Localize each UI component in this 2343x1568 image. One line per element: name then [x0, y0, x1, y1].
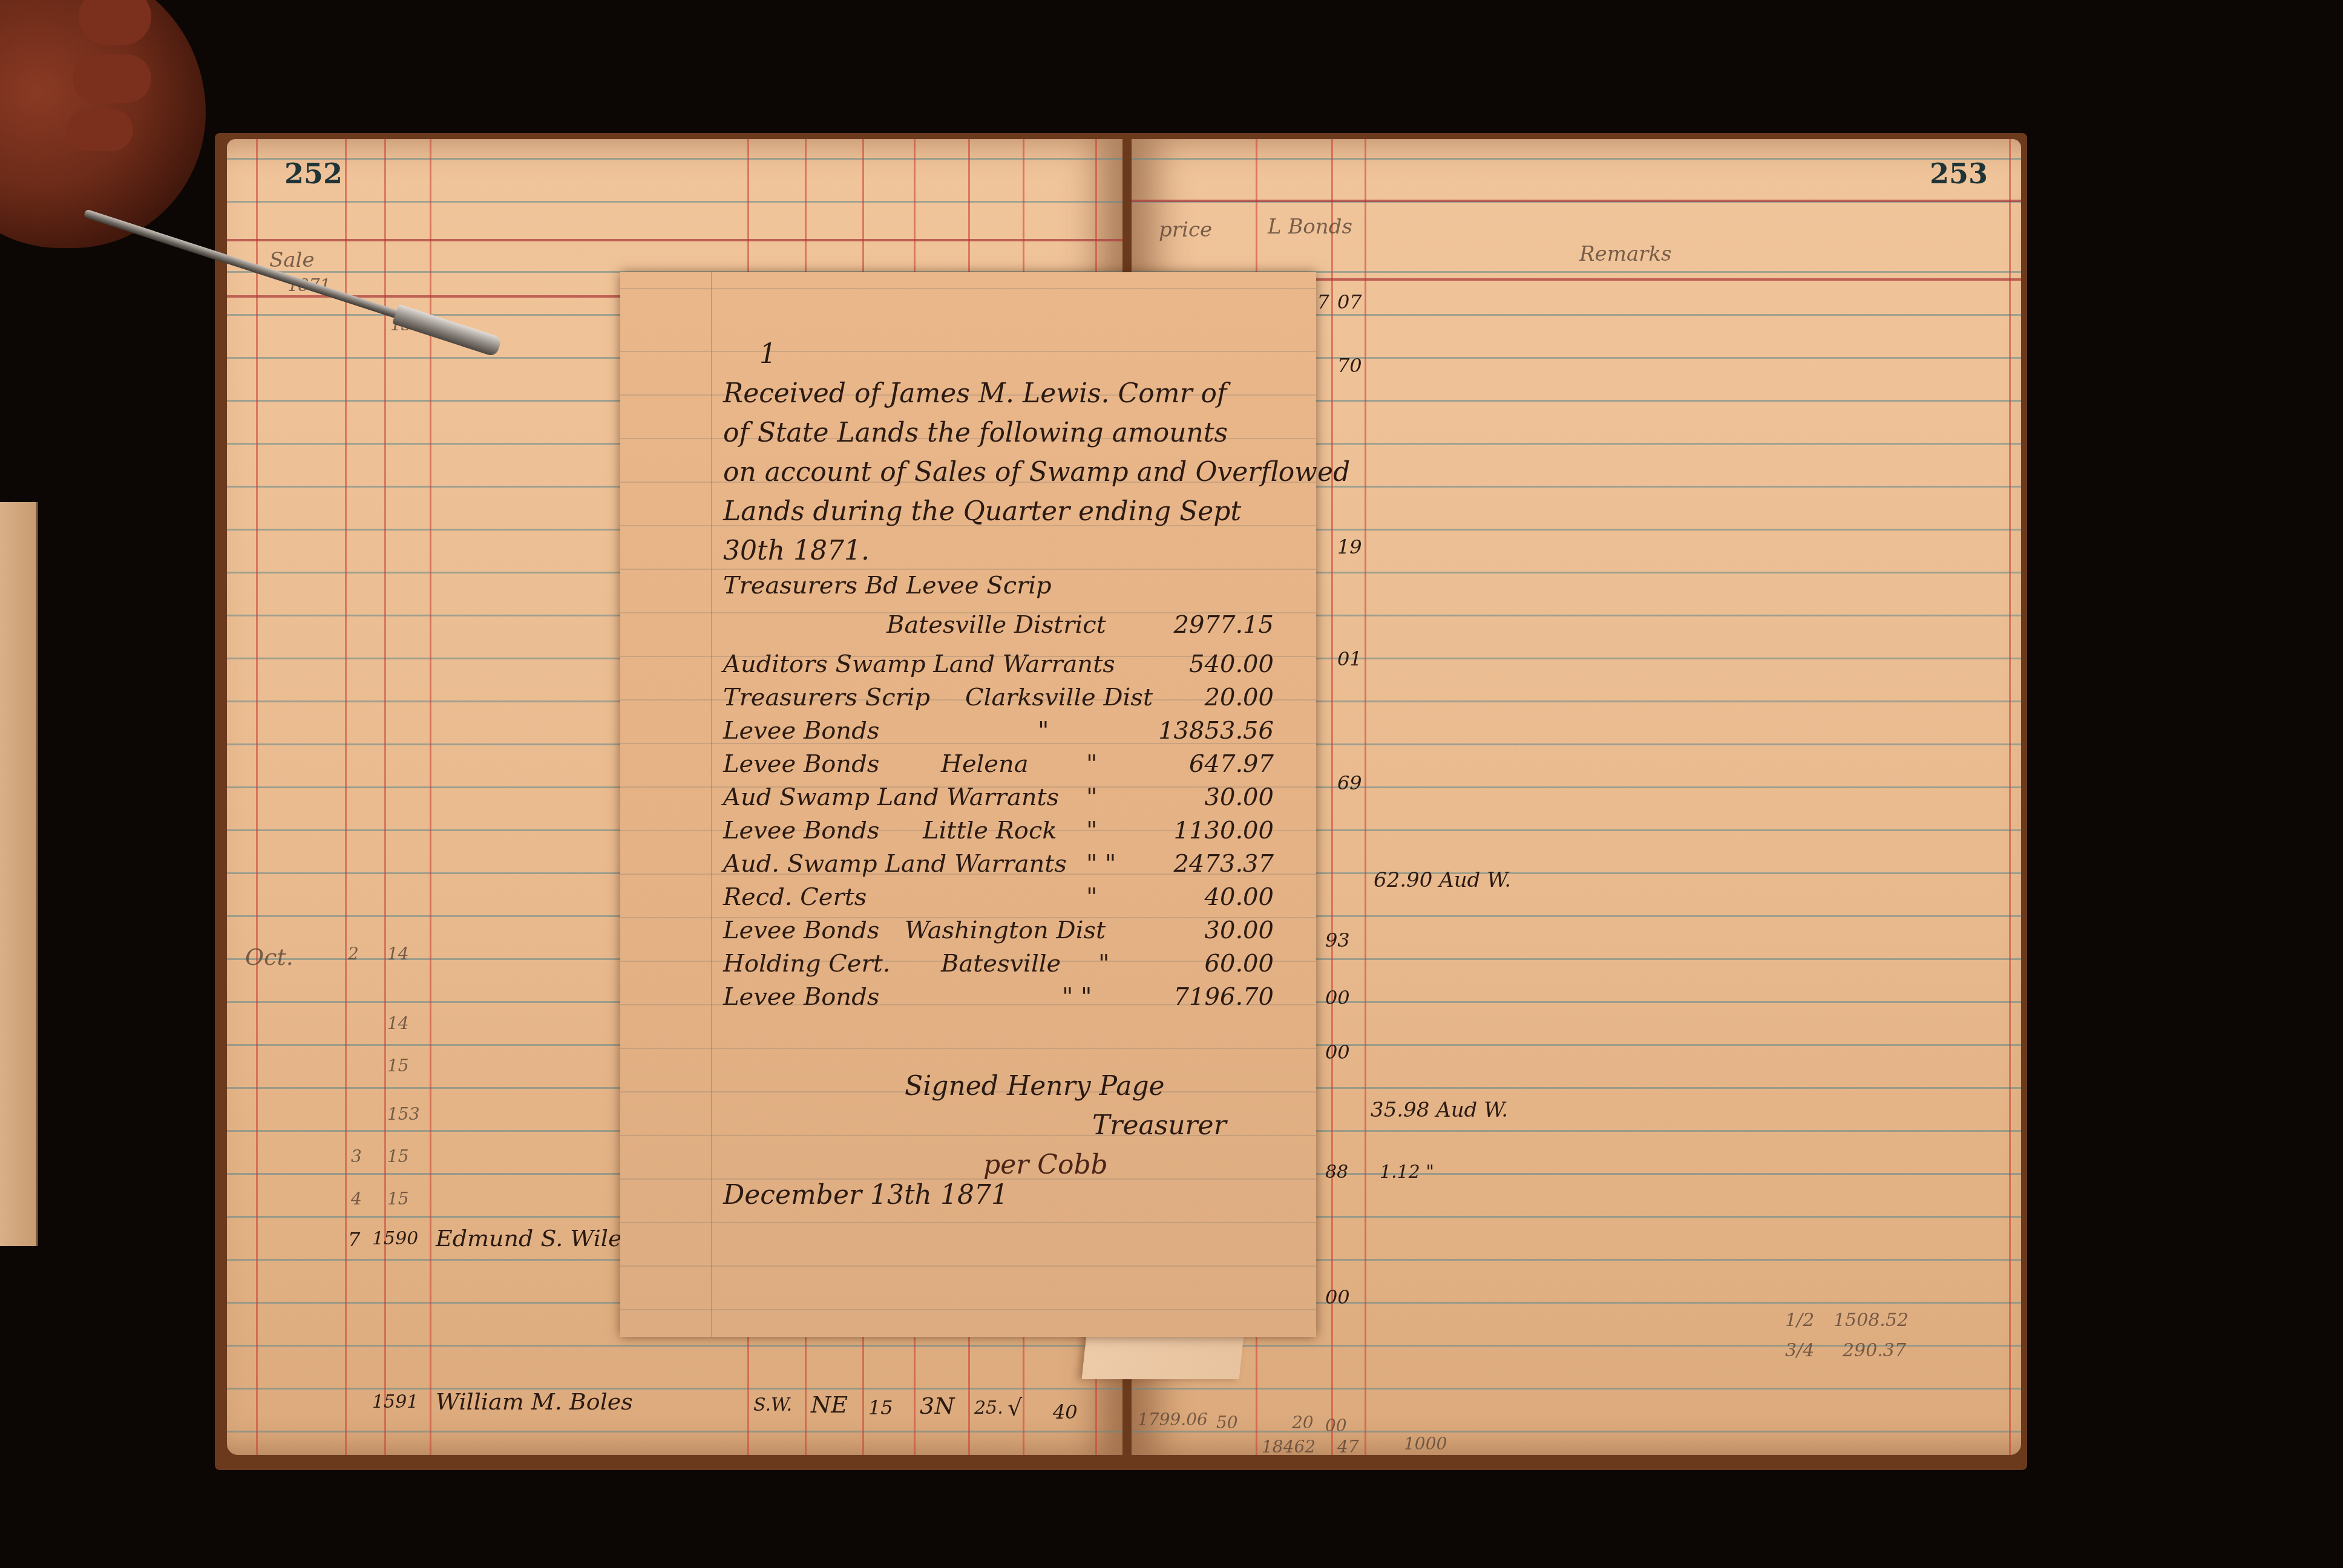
slip-line-amount: 40.00	[1204, 883, 1274, 911]
finger	[67, 109, 133, 151]
slip-line-amount: 1130.00	[1174, 817, 1274, 844]
column-header-price: price	[1159, 218, 1212, 242]
column-header-bonds: L Bonds	[1268, 215, 1352, 239]
entry-section: 15	[868, 1396, 893, 1419]
margin-day: 3	[351, 1146, 362, 1166]
slip-line-ditto: "	[1086, 750, 1097, 778]
slip-line-desc: Levee Bonds	[723, 817, 879, 844]
column-rule	[1331, 139, 1333, 1455]
bonds-cents: 07	[1337, 290, 1362, 313]
slip-line: Aud. Swamp Land Warrants " " 2473.37	[723, 850, 1298, 887]
page-number-right: 253	[1930, 157, 1988, 190]
slip-line-amount: 13853.56	[1158, 717, 1274, 745]
margin-number: 14	[387, 1013, 409, 1033]
column-header-remarks: Remarks	[1579, 242, 1672, 266]
slip-line-desc: Auditors Swamp Land Warrants	[723, 650, 1115, 678]
remarks-value: 62.90 Aud W.	[1374, 868, 1511, 892]
slip-line: Levee Bonds " 13853.56	[723, 717, 1298, 754]
slip-line-place: Clarksville Dist	[965, 684, 1153, 711]
margin-day: 2	[348, 944, 359, 964]
slip-line-ditto: "	[1098, 950, 1109, 978]
receipt-slip: 1 Received of James M. Lewis. Comr of of…	[620, 272, 1316, 1337]
finger	[79, 0, 151, 45]
slip-heading-line: Received of James M. Lewis. Comr of	[723, 378, 1227, 409]
slip-line-desc: Aud. Swamp Land Warrants	[723, 850, 1067, 878]
slip-line-place: Little Rock	[923, 817, 1057, 844]
footer-grand-total: 18462	[1262, 1437, 1316, 1455]
slip-line-ditto: " "	[1086, 850, 1116, 878]
slip-line-place: Batesville District	[886, 611, 1106, 639]
stray-paper-edge	[0, 502, 38, 1246]
entry-range: 25.	[974, 1397, 1003, 1419]
margin-number: 153	[387, 1104, 419, 1124]
header-rule	[227, 239, 1122, 241]
photographer-hand	[0, 0, 206, 248]
bonds-cents: 93	[1325, 929, 1350, 952]
slip-line-ditto: "	[1086, 783, 1097, 811]
slip-line: Batesville District 2977.15	[723, 611, 1298, 648]
page-number-left: 252	[284, 157, 342, 190]
slip-line-desc: Levee Bonds	[723, 750, 879, 778]
slip-line-desc: Treasurers Bd Levee Scrip	[723, 572, 1052, 599]
fraction-value: 290.37	[1843, 1340, 1906, 1361]
slip-line: Aud Swamp Land Warrants " 30.00	[723, 783, 1298, 821]
slip-line-desc: Recd. Certs	[723, 883, 867, 911]
footer-bonds: 20	[1292, 1413, 1314, 1432]
column-rule	[430, 139, 431, 1455]
slip-heading-line: on account of Sales of Swamp and Overflo…	[723, 457, 1350, 488]
slip-line-amount: 2473.37	[1174, 850, 1274, 878]
slip-line-ditto: "	[1038, 717, 1049, 745]
entry-day: 7	[348, 1228, 360, 1251]
bonds-cents: 70	[1337, 354, 1362, 377]
slip-line: Treasurers Scrip Clarksville Dist 20.00	[723, 684, 1298, 721]
header-rule	[1132, 200, 2021, 202]
slip-line-ditto: " "	[1062, 983, 1092, 1011]
entry-acres: 40	[1053, 1400, 1078, 1423]
slip-line-desc: Aud Swamp Land Warrants	[723, 783, 1059, 811]
footer-remarks-total: 1000	[1404, 1434, 1447, 1454]
entry-part: S.W.	[753, 1394, 792, 1416]
slip-line-amount: 7196.70	[1174, 983, 1274, 1011]
fraction-label: 1/2	[1785, 1310, 1814, 1331]
footer-grand-cents: 47	[1337, 1437, 1359, 1455]
margin-number: 14	[387, 944, 409, 964]
entry-township: 3N	[920, 1393, 954, 1419]
slip-line-desc: Levee Bonds	[723, 983, 879, 1011]
slip-line-place: Washington Dist	[905, 916, 1106, 944]
footer-price-total: 1799.06	[1138, 1410, 1208, 1429]
remarks-value: 1.12 "	[1380, 1161, 1434, 1183]
slip-line: Holding Cert. Batesville " 60.00	[723, 950, 1298, 987]
fraction-value: 1508.52	[1833, 1310, 1909, 1331]
margin-number: 15	[387, 1189, 409, 1209]
slip-line-amount: 30.00	[1204, 916, 1274, 944]
slip-line-amount: 540.00	[1189, 650, 1274, 678]
slip-line-amount: 30.00	[1204, 783, 1274, 811]
entry-name: Edmund S. Wiley	[436, 1225, 635, 1252]
slip-margin-rule	[711, 272, 712, 1337]
slip-line-desc: Treasurers Scrip	[723, 684, 930, 711]
bonds-cents: 00	[1325, 1040, 1350, 1063]
slip-line-place: Helena	[941, 750, 1029, 778]
slip-signature-per: per Cobb	[983, 1149, 1108, 1180]
slip-line: Recd. Certs " 40.00	[723, 883, 1298, 921]
slip-line: Levee Bonds Little Rock " 1130.00	[723, 817, 1298, 854]
margin-number: 15	[387, 1146, 409, 1166]
entry-number: 1590	[372, 1228, 418, 1249]
slip-line: Auditors Swamp Land Warrants 540.00	[723, 650, 1298, 688]
slip-date: December 13th 1871	[723, 1180, 1008, 1210]
column-rule	[384, 139, 386, 1455]
entry-name: William M. Boles	[436, 1388, 633, 1415]
slip-line-amount: 60.00	[1204, 950, 1274, 978]
entry-quarter: NE	[811, 1391, 848, 1418]
slip-line: Levee Bonds " " 7196.70	[723, 983, 1298, 1021]
entry-number: 1591	[372, 1391, 418, 1413]
slip-line-ditto: "	[1086, 817, 1097, 844]
remarks-value: 35.98 Aud W.	[1371, 1098, 1508, 1122]
finger	[73, 54, 151, 103]
slip-line-desc: Levee Bonds	[723, 717, 879, 745]
slip-line-ditto: "	[1086, 883, 1097, 911]
slip-line-amount: 20.00	[1204, 684, 1274, 711]
slip-signature: Signed Henry Page	[905, 1071, 1165, 1102]
slip-line: Levee Bonds Washington Dist 30.00	[723, 916, 1298, 954]
margin-month: Oct.	[245, 944, 293, 970]
slip-line-amount: 647.97	[1189, 750, 1274, 778]
check-mark-icon: √	[1008, 1394, 1022, 1421]
slip-mark: 1	[759, 339, 776, 370]
column-rule	[2009, 139, 2011, 1455]
slip-line: Levee Bonds Helena " 647.97	[723, 750, 1298, 788]
bonds-cents: 01	[1337, 647, 1362, 670]
bonds-cents: 88	[1325, 1161, 1348, 1183]
bonds-cents: 00	[1325, 986, 1350, 1009]
column-rule	[1365, 139, 1366, 1455]
column-header-sale: Sale	[269, 248, 315, 272]
slip-signature-title: Treasurer	[1092, 1110, 1227, 1141]
margin-number: 15	[387, 1056, 409, 1076]
slip-line-place: Batesville	[941, 950, 1061, 978]
slip-line-desc: Levee Bonds	[723, 916, 879, 944]
footer-price-cents: 50	[1216, 1413, 1238, 1432]
bonds-cents: 69	[1337, 771, 1362, 794]
slip-heading-line: of State Lands the following amounts	[723, 417, 1228, 448]
slip-heading-line: Lands during the Quarter ending Sept	[723, 496, 1241, 527]
slip-heading-line: 30th 1871.	[723, 535, 870, 566]
fraction-label: 3/4	[1785, 1340, 1814, 1361]
footer-bonds-cents: 00	[1325, 1416, 1347, 1436]
margin-rule	[256, 139, 258, 1455]
margin-day: 4	[351, 1189, 362, 1209]
slip-line-desc: Holding Cert.	[723, 950, 890, 978]
column-rule	[345, 139, 347, 1455]
slip-line-amount: 2977.15	[1174, 611, 1274, 639]
bonds-cents: 19	[1337, 535, 1362, 558]
bonds-cents: 00	[1325, 1285, 1350, 1308]
slip-line: Treasurers Bd Levee Scrip	[723, 572, 1298, 609]
